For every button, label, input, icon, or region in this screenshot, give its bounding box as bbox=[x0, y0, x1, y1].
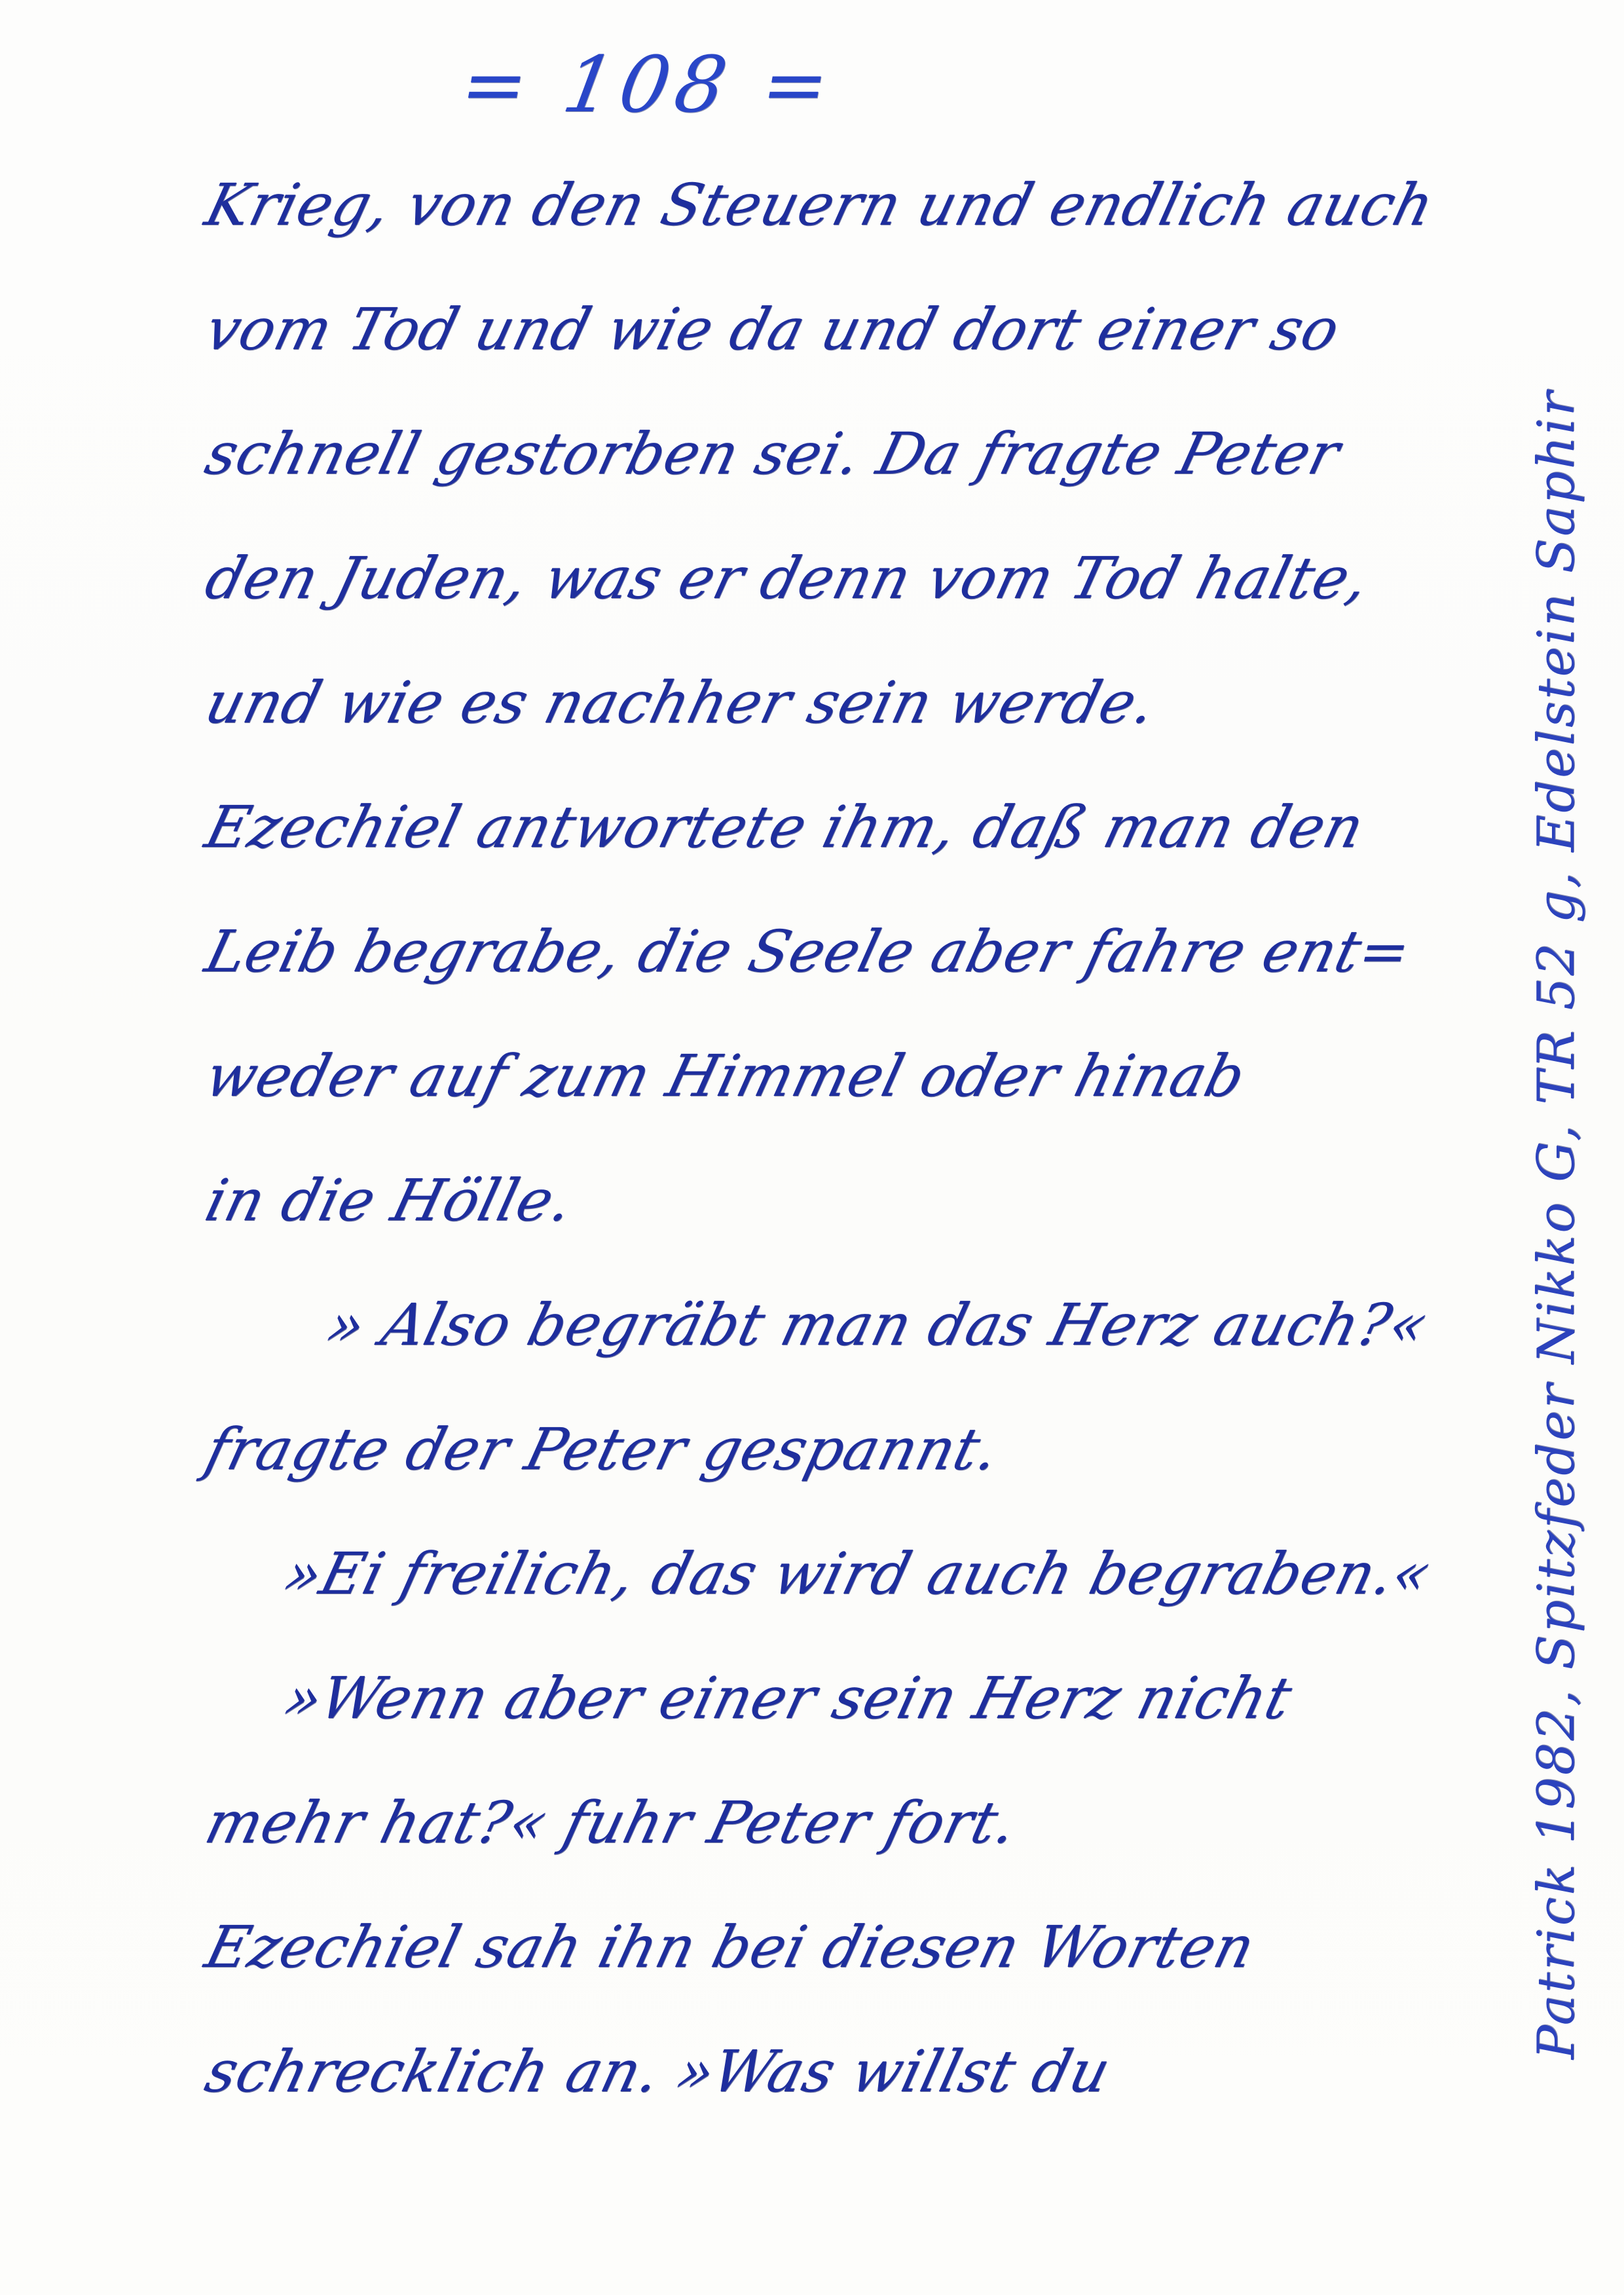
handwritten-line: fragte der Peter gespannt. bbox=[192, 1387, 1454, 1512]
handwritten-line: weder auf zum Himmel oder hinab bbox=[192, 1014, 1454, 1138]
handwritten-line: »Ei freilich, das wird auch begraben.« bbox=[192, 1512, 1454, 1636]
manuscript-page: = 108 = Krieg, von den Steuern und endli… bbox=[0, 0, 1624, 2295]
handwritten-line: den Juden, was er denn vom Tod halte, bbox=[192, 516, 1454, 641]
page-number: = 108 = bbox=[0, 39, 1304, 130]
handwritten-line: und wie es nachher sein werde. bbox=[192, 641, 1454, 765]
handwritten-line: vom Tod und wie da und dort einer so bbox=[192, 267, 1454, 392]
handwritten-line: Leib begrabe, die Seele aber fahre ent= bbox=[192, 889, 1454, 1014]
handwritten-line: Ezechiel antwortete ihm, daß man den bbox=[192, 765, 1454, 889]
handwritten-line: »Wenn aber einer sein Herz nicht bbox=[192, 1636, 1454, 1761]
handwritten-line: schnell gestorben sei. Da fragte Peter bbox=[192, 392, 1454, 516]
handwritten-text-block: Krieg, von den Steuern und endlich auch … bbox=[196, 143, 1428, 2134]
margin-note-vertical: Patrick 1982, Spitzfeder Nikko G, TR 52 … bbox=[1527, 390, 1586, 2059]
handwritten-line: in die Hölle. bbox=[192, 1138, 1454, 1263]
handwritten-line: schrecklich an. »Was willst du bbox=[192, 2009, 1454, 2134]
handwritten-line: mehr hat?« fuhr Peter fort. bbox=[192, 1761, 1454, 1885]
handwritten-line: » Also begräbt man das Herz auch?« bbox=[192, 1263, 1454, 1387]
handwritten-line: Krieg, von den Steuern und endlich auch bbox=[192, 143, 1454, 267]
handwritten-line: Ezechiel sah ihn bei diesen Worten bbox=[192, 1885, 1454, 2009]
